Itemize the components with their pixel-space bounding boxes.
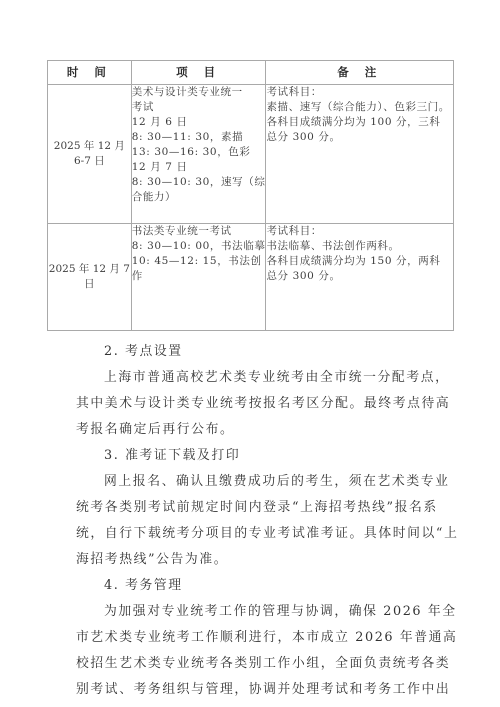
item-line: 10: 45—12: 15，书法创 (132, 254, 266, 269)
header-note: 备 注 (266, 61, 454, 85)
paragraph-line: 市艺术类专业统考工作顺利进行，本市成立 2026 年普通高 (76, 625, 426, 651)
note-line: 总分 300 分。 (266, 130, 453, 145)
time-cell: 2025 年 12 月 7 日 (48, 224, 132, 331)
time-line: 日 (48, 277, 131, 292)
item-line: 13: 30—16: 30，色彩 (132, 145, 266, 160)
document-page: 时 间 项 目 备 注 2025 年 12 月 6-7 日 美术与设计类专业统一… (0, 0, 500, 707)
note-line: 考试科目： (266, 224, 453, 239)
item-line: 考试 (132, 100, 266, 115)
time-line: 2025 年 12 月 7 (48, 262, 131, 277)
table-row: 2025 年 12 月 7 日 书法类专业统一考试 8: 30—10: 00，书… (48, 224, 454, 331)
note-line: 总分 300 分。 (266, 269, 453, 284)
item-line: 8: 30—10: 30，速写（综 (132, 175, 266, 190)
paragraph-line: 海招考热线”公告为准。 (76, 547, 426, 573)
item-cell: 美术与设计类专业统一 考试 12 月 6 日 8: 30—11: 30，素描 1… (131, 85, 266, 224)
paragraph-line: 上海市普通高校艺术类专业统考由全市统一分配考点， (76, 365, 426, 391)
table-row: 2025 年 12 月 6-7 日 美术与设计类专业统一 考试 12 月 6 日… (48, 85, 454, 224)
table-header-row: 时 间 项 目 备 注 (48, 61, 454, 85)
time-line: 6-7 日 (48, 154, 131, 169)
item-line: 8: 30—10: 00，书法临摹 (132, 239, 266, 254)
section-heading: 2. 考点设置 (76, 339, 426, 365)
item-line: 书法类专业统一考试 (132, 224, 266, 239)
header-time: 时 间 (48, 61, 132, 85)
section-heading: 3. 准考证下载及打印 (76, 443, 426, 469)
note-line: 素描、速写（综合能力）、色彩三门。 (266, 100, 453, 115)
item-line: 美术与设计类专业统一 (132, 85, 266, 100)
time-line: 2025 年 12 月 (48, 139, 131, 154)
paragraph-line: 其中美术与设计类专业统考按报名考区分配。最终考点待高 (76, 391, 426, 417)
item-line: 作 (132, 269, 266, 284)
item-line: 8: 30—11: 30，素描 (132, 130, 266, 145)
item-line: 12 月 6 日 (132, 115, 266, 130)
item-line: 12 月 7 日 (132, 160, 266, 175)
note-line: 各科目成绩满分均为 100 分，三科 (266, 115, 453, 130)
paragraph-line: 考报名确定后再行公布。 (76, 417, 426, 443)
paragraph-line: 校招生艺术类专业统考各类别工作小组，全面负责统考各类 (76, 651, 426, 677)
exam-schedule-table: 时 间 项 目 备 注 2025 年 12 月 6-7 日 美术与设计类专业统一… (47, 60, 454, 331)
header-item: 项 目 (131, 61, 266, 85)
note-line: 书法临摹、书法创作两科。 (266, 239, 453, 254)
paragraph-line: 统，自行下载统考分项目的专业考试准考证。具体时间以“上 (76, 521, 426, 547)
section-heading: 4. 考务管理 (76, 573, 426, 599)
note-line: 考试科目： (266, 85, 453, 100)
paragraph-line: 为加强对专业统考工作的管理与协调，确保 2026 年全 (76, 599, 426, 625)
body-text: 2. 考点设置 上海市普通高校艺术类专业统考由全市统一分配考点， 其中美术与设计… (76, 339, 426, 703)
note-line: 各科目成绩满分均为 150 分，两科 (266, 254, 453, 269)
paragraph-line: 网上报名、确认且缴费成功后的考生，须在艺术类专业 (76, 469, 426, 495)
item-cell: 书法类专业统一考试 8: 30—10: 00，书法临摹 10: 45—12: 1… (131, 224, 266, 331)
item-line: 合能力） (132, 190, 266, 205)
paragraph-line: 统考各类别考试前规定时间内登录“上海招考热线”报名系 (76, 495, 426, 521)
time-cell: 2025 年 12 月 6-7 日 (48, 85, 132, 224)
note-cell: 考试科目： 书法临摹、书法创作两科。 各科目成绩满分均为 150 分，两科 总分… (266, 224, 454, 331)
note-cell: 考试科目： 素描、速写（综合能力）、色彩三门。 各科目成绩满分均为 100 分，… (266, 85, 454, 224)
paragraph-line: 别考试、考务组织与管理，协调并处理考试和考务工作中出 (76, 677, 426, 703)
